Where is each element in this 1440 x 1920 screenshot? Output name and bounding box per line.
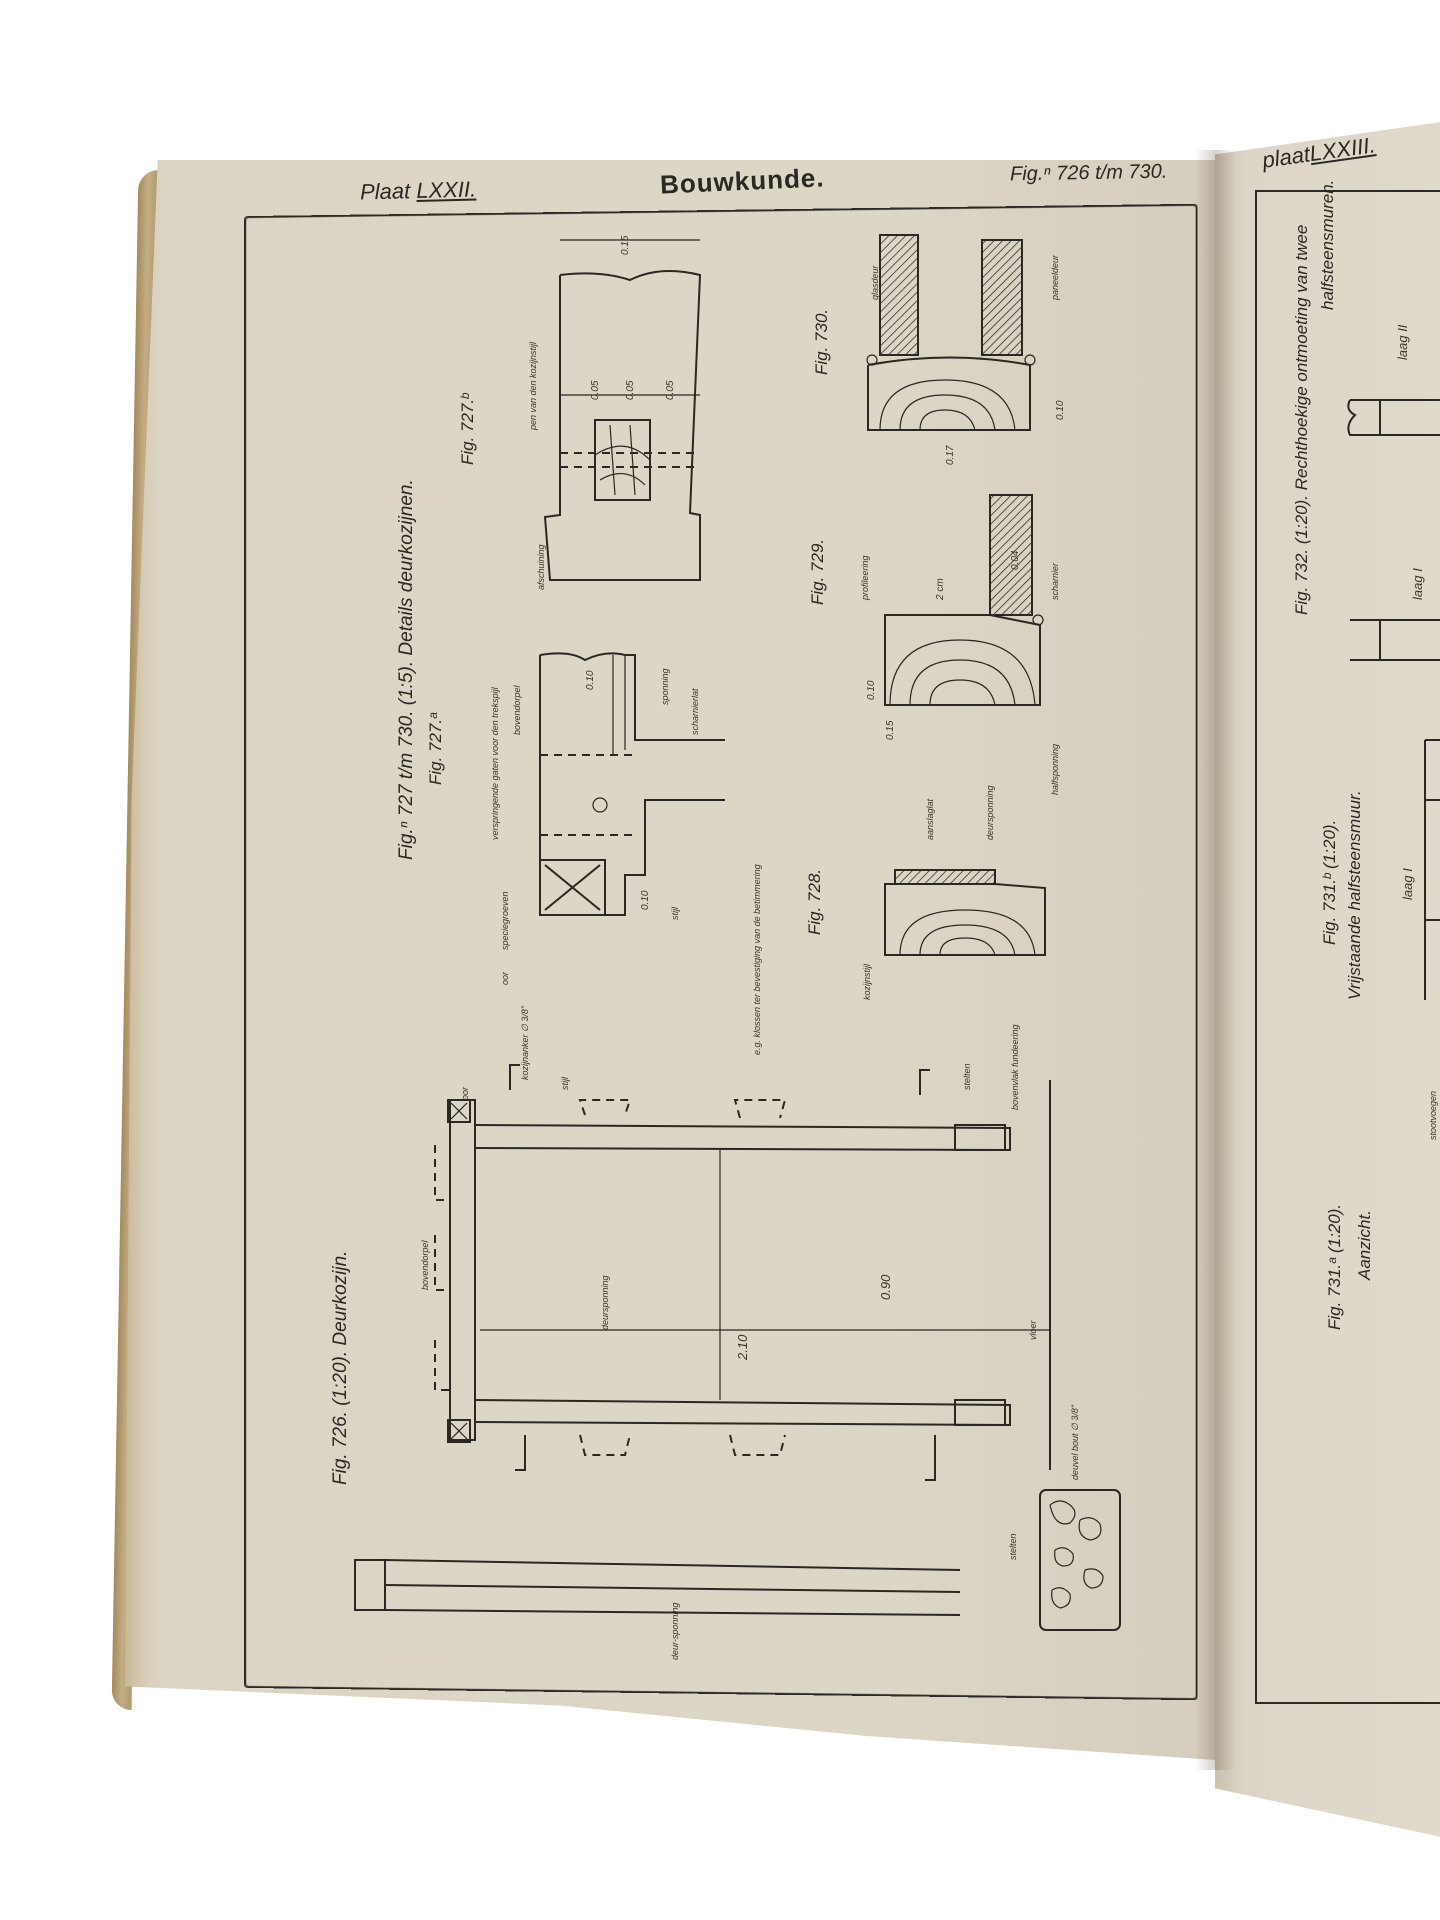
label-bovendorpel: bovendorpel xyxy=(512,685,522,735)
caption-fig-731b: Fig. 731.ᵇ (1:20). xyxy=(1320,820,1340,945)
label-gaten: verspringende gaten voor den trekspijl xyxy=(490,687,500,840)
label-stelten: stelten xyxy=(962,1063,972,1090)
dim-005-a: 0.05 xyxy=(590,381,601,400)
label-deuvel: deuvel bout ∅ 3/8" xyxy=(1070,1405,1081,1480)
label-sponning: sponning xyxy=(660,668,670,705)
caption-fig-727-730: Fig.ⁿ 727 t/m 730. (1:5). Details deurko… xyxy=(396,479,418,860)
caption-fig-731a: Fig. 731.ᵃ (1:20). xyxy=(1325,1204,1345,1330)
label-stijl-726: stijl xyxy=(560,1077,570,1090)
caption-fig-731a-line2: Aanzicht. xyxy=(1355,1210,1375,1280)
fig-727b-drawing xyxy=(540,235,710,605)
label-profileering: profileering xyxy=(860,555,870,600)
dim-010-729: 0.10 xyxy=(866,681,877,700)
fig-731b-drawing xyxy=(1420,740,1440,1000)
dim-005-b: 0.05 xyxy=(625,381,636,400)
label-deursponning-728: deursponning xyxy=(985,785,995,840)
label-halfsponning: halfsponning xyxy=(1050,744,1060,795)
label-oor-726: oor xyxy=(460,1087,470,1100)
caption-fig-731b-line2: Vrijstaande halfsteensmuur. xyxy=(1345,790,1365,1000)
fig-732-drawing xyxy=(1340,390,1440,690)
caption-fig-730: Fig. 730. xyxy=(812,309,832,375)
label-stelten-2: stelten xyxy=(1008,1533,1018,1560)
dim-017: 0.17 xyxy=(945,446,956,465)
label-scharnier: scharnier xyxy=(1050,563,1060,600)
caption-fig-732: Fig. 732. (1:20). Rechthoekige ontmoetin… xyxy=(1292,225,1312,615)
label-klossen: e.g. klossen ter bevestiging van de beti… xyxy=(752,864,762,1055)
dim-015-729: 0.15 xyxy=(885,721,896,740)
label-bovenvlak: bovenvlak fundeering xyxy=(1010,1024,1020,1110)
dim-010-top: 0.10 xyxy=(585,671,596,690)
label-laag-2: laag II xyxy=(1395,325,1410,360)
fig-728-drawing xyxy=(880,860,1060,960)
label-vloer: vloer xyxy=(1028,1320,1038,1340)
dim-004: 0.04 xyxy=(1010,551,1021,570)
caption-fig-728: Fig. 728. xyxy=(805,869,825,935)
dim-010-730: 0.10 xyxy=(1055,401,1066,420)
label-paneeldeur: paneeldeur xyxy=(1050,255,1060,300)
label-stijl: stijl xyxy=(670,907,680,920)
label-afschuining: afschuining xyxy=(536,544,546,590)
plate-word-right: plaat xyxy=(1261,141,1312,172)
plate-label-left: Plaat LXXII. xyxy=(360,176,477,205)
dim-005-c: 0.05 xyxy=(665,381,676,400)
fig-730-drawing xyxy=(860,230,1060,460)
label-speciegroeven: speciegroeven xyxy=(500,891,510,950)
fig-726-drawing xyxy=(430,1090,1070,1650)
caption-fig-726: Fig. 726. (1:20). Deurkozijn. xyxy=(330,1251,352,1485)
caption-fig-729: Fig. 729. xyxy=(808,539,828,605)
label-glasdeur: glasdeur xyxy=(870,265,880,300)
plate-number: LXXII. xyxy=(416,176,477,203)
fig-729-drawing xyxy=(880,490,1060,720)
caption-fig-732-line2: halfsteensmuren. xyxy=(1318,180,1338,310)
label-stootvoegen: stootvoegen xyxy=(1428,1091,1438,1140)
dim-210: 2.10 xyxy=(735,1335,750,1360)
label-bovendorpel-726: bovendorpel xyxy=(420,1240,430,1290)
label-deursponning-2: deur-sponning xyxy=(670,1603,680,1660)
label-kozijnstijl: kozijnstijl xyxy=(862,964,872,1000)
figure-range: Fig.ⁿ 726 t/m 730. xyxy=(1010,161,1168,187)
label-scharnierlat: scharnierlat xyxy=(690,688,700,735)
caption-fig-727a: Fig. 727.ᵃ xyxy=(426,713,446,785)
dim-015: 0.15 xyxy=(620,236,631,255)
label-deursponning-726: deursponning xyxy=(600,1275,610,1330)
plate-word: Plaat xyxy=(360,178,411,204)
label-laag-1b: laag I xyxy=(1400,868,1415,900)
dim-2cm: 2 cm xyxy=(935,578,946,600)
dim-090: 0.90 xyxy=(878,1275,893,1300)
label-kozijnanker: kozijnanker ∅ 3/8" xyxy=(520,1006,531,1080)
label-aanslaglat: aanslaglat xyxy=(925,799,935,840)
label-oor: oor xyxy=(500,972,510,985)
book-gutter xyxy=(1195,150,1235,1770)
caption-fig-727b: Fig. 727.ᵇ xyxy=(458,394,478,465)
dim-010-bottom: 0.10 xyxy=(640,891,651,910)
label-pen: pen van den kozijnstijl xyxy=(528,342,538,430)
